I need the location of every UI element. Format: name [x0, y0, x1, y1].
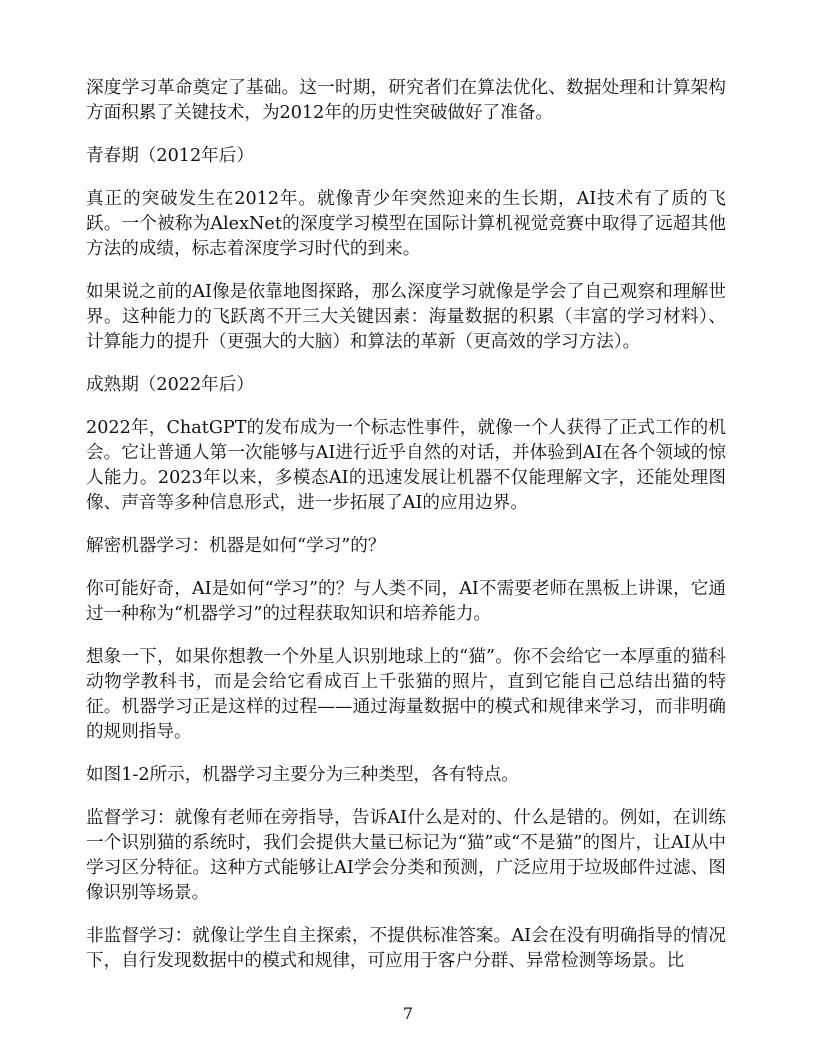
- heading-adolescence: 青春期（2012年后）: [86, 144, 726, 169]
- heading-maturity: 成熟期（2022年后）: [86, 373, 726, 398]
- paragraph-alien-cat-example: 想象一下，如果你想教一个外星人识别地球上的“猫”。你不会给它一本厚重的猫科动物学…: [86, 645, 726, 745]
- heading-machine-learning: 解密机器学习：机器是如何“学习”的？: [86, 534, 726, 559]
- paragraph-three-factors: 如果说之前的AI像是依靠地图探路，那么深度学习就像是学会了自己观察和理解世界。这…: [86, 280, 726, 355]
- paragraph-chatgpt: 2022年，ChatGPT的发布成为一个标志性事件，就像一个人获得了正式工作的机…: [86, 416, 726, 516]
- page-number: 7: [0, 1004, 816, 1023]
- paragraph-supervised-learning: 监督学习：就像有老师在旁指导，告诉AI什么是对的、什么是错的。例如，在训练一个识…: [86, 806, 726, 906]
- paragraph-foundation: 深度学习革命奠定了基础。这一时期，研究者们在算法优化、数据处理和计算架构方面积累…: [86, 76, 726, 126]
- paragraph-unsupervised-learning: 非监督学习：就像让学生自主探索，不提供标准答案。AI会在没有明确指导的情况下，自…: [86, 924, 726, 974]
- document-page: 深度学习革命奠定了基础。这一时期，研究者们在算法优化、数据处理和计算架构方面积累…: [86, 76, 726, 992]
- paragraph-breakthrough-2012: 真正的突破发生在2012年。就像青少年突然迎来的生长期，AI技术有了质的飞跃。一…: [86, 187, 726, 262]
- paragraph-how-ai-learns: 你可能好奇，AI是如何“学习”的？与人类不同，AI不需要老师在黑板上讲课，它通过…: [86, 577, 726, 627]
- paragraph-figure-reference: 如图1-2所示，机器学习主要分为三种类型，各有特点。: [86, 763, 726, 788]
